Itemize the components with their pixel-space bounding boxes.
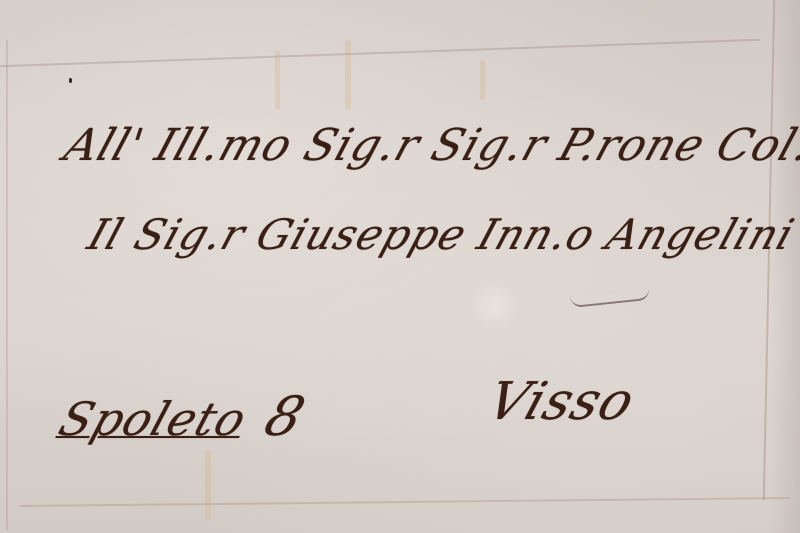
origin-place: Spoleto bbox=[53, 392, 254, 446]
age-stain bbox=[345, 40, 351, 110]
address-line-2: Il Sig.r Giuseppe Inn.o Angelini bbox=[82, 210, 800, 259]
right-edge-shadow bbox=[770, 0, 800, 533]
embossed-seal-mark bbox=[470, 280, 520, 330]
origin-postmark: Spoleto 8 bbox=[52, 385, 313, 448]
age-stain bbox=[480, 60, 485, 100]
letter-photo: All' Ill.mo Sig.r Sig.r P.rone Col.mo Il… bbox=[0, 0, 800, 533]
destination-place: Visso bbox=[480, 372, 642, 432]
ink-speck bbox=[69, 78, 72, 83]
age-stain bbox=[275, 50, 280, 110]
address-line-1: All' Ill.mo Sig.r Sig.r P.rone Col.mo bbox=[58, 120, 800, 171]
age-stain bbox=[205, 450, 211, 520]
paper-sheet bbox=[0, 0, 800, 533]
